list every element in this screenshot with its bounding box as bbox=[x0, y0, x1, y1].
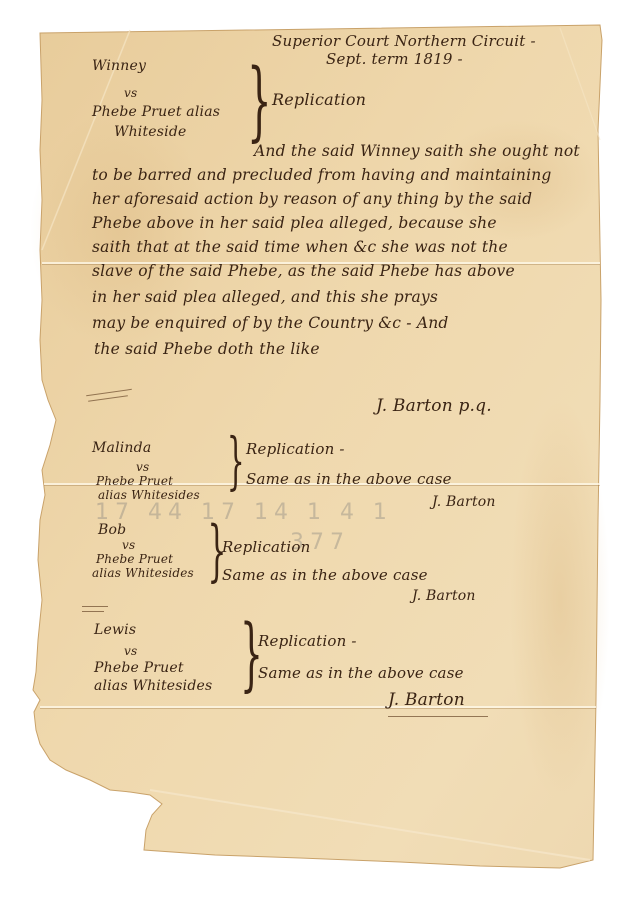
case1-body-line: And the said Winney saith she ought not bbox=[254, 142, 580, 160]
case4-title: Replication - bbox=[258, 632, 357, 650]
case1-body-line: Phebe above in her said plea alleged, be… bbox=[92, 214, 497, 232]
case3-plaintiff: Bob bbox=[98, 522, 126, 538]
fold-crease bbox=[40, 706, 596, 708]
case1-body-line: slave of the said Phebe, as the said Phe… bbox=[92, 262, 515, 280]
case2-plaintiff: Malinda bbox=[92, 440, 151, 456]
case4-defendant: Phebe Pruet bbox=[94, 660, 184, 676]
curly-brace-icon: } bbox=[240, 614, 263, 694]
case3-versus: vs bbox=[122, 538, 135, 552]
case3-defendant-alias: alias Whitesides bbox=[92, 566, 194, 580]
case1-body-line: in her said plea alleged, and this she p… bbox=[92, 288, 438, 306]
term-heading: Sept. term 1819 - bbox=[326, 50, 463, 68]
case2-defendant-alias: alias Whitesides bbox=[98, 488, 200, 502]
curly-brace-icon: } bbox=[247, 58, 272, 144]
case1-body-line: saith that at the said time when &c she … bbox=[92, 238, 508, 256]
case3-defendant: Phebe Pruet bbox=[96, 552, 173, 566]
case1-versus: vs bbox=[124, 86, 137, 100]
signature-underline bbox=[388, 716, 488, 717]
case2-signature: J. Barton bbox=[432, 494, 496, 510]
case1-signature: J. Barton p.q. bbox=[376, 396, 492, 416]
pen-stroke bbox=[82, 611, 104, 612]
case1-defendant: Phebe Pruet alias bbox=[92, 104, 220, 120]
case3-signature: J. Barton bbox=[412, 588, 476, 604]
case1-body-line: may be enquired of by the Country &c - A… bbox=[92, 314, 449, 332]
case2-body: Same as in the above case bbox=[246, 470, 452, 488]
case2-versus: vs bbox=[136, 460, 149, 474]
case1-title: Replication bbox=[272, 90, 366, 109]
case4-versus: vs bbox=[124, 644, 137, 658]
case4-body: Same as in the above case bbox=[258, 664, 464, 682]
case4-plaintiff: Lewis bbox=[94, 622, 136, 638]
curly-brace-icon: } bbox=[227, 430, 245, 492]
case3-title: Replication bbox=[222, 538, 310, 556]
case1-body-line: to be barred and precluded from having a… bbox=[92, 166, 552, 184]
case4-signature: J. Barton bbox=[388, 690, 465, 710]
case2-title: Replication - bbox=[246, 440, 345, 458]
case2-defendant: Phebe Pruet bbox=[96, 474, 173, 488]
case4-defendant-alias: alias Whitesides bbox=[94, 678, 212, 694]
case1-body-line: her aforesaid action by reason of any th… bbox=[92, 190, 532, 208]
case1-body-line: the said Phebe doth the like bbox=[94, 340, 320, 358]
case3-body: Same as in the above case bbox=[222, 566, 428, 584]
pen-stroke bbox=[82, 606, 108, 607]
court-heading: Superior Court Northern Circuit - bbox=[272, 32, 536, 50]
case1-defendant-alias: Whiteside bbox=[114, 124, 187, 140]
pencil-marks: 17 44 17 14 1 4 1 bbox=[95, 500, 393, 525]
case1-plaintiff: Winney bbox=[92, 58, 146, 74]
